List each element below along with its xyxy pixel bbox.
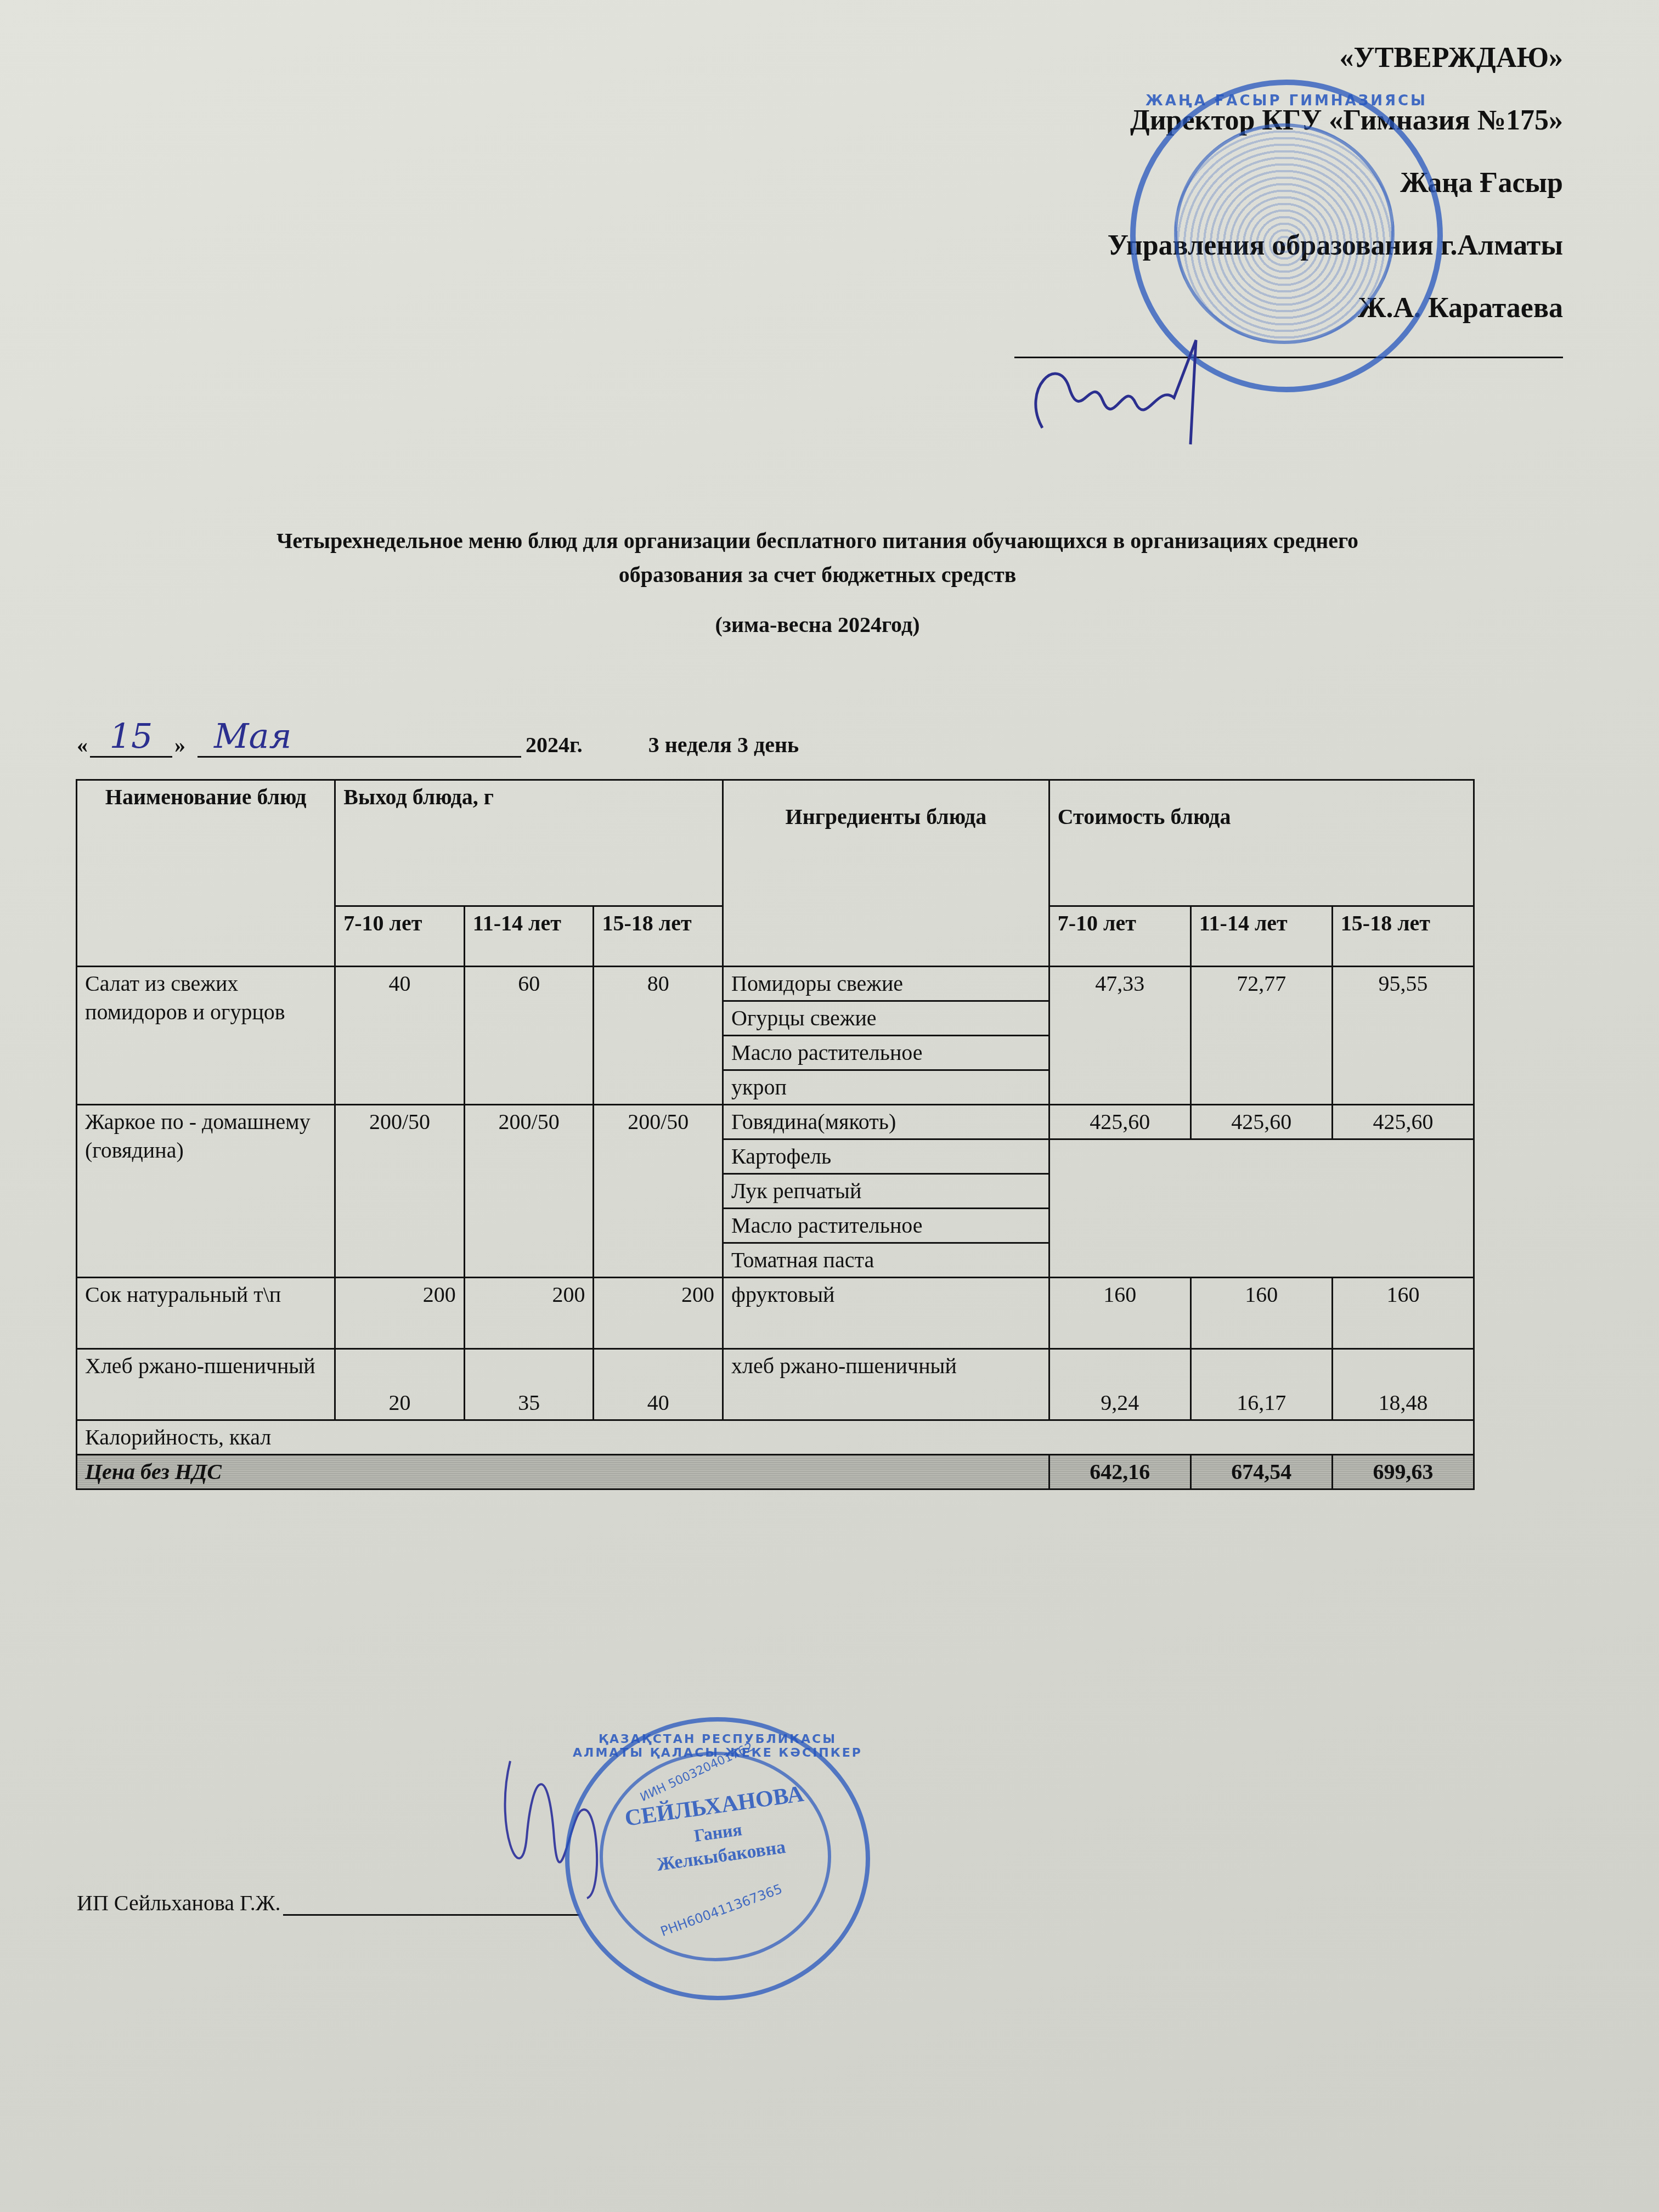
stamp-ring-text: ЖАҢА ҒАСЫР ГИМНАЗИЯСЫ xyxy=(1136,93,1437,109)
table-row: Хлеб ржано-пшеничный 20 35 40 хлеб ржано… xyxy=(77,1349,1474,1420)
dish-name: Салат из свежих помидоров и огурцов xyxy=(77,967,335,1105)
signatory-name: ИП Сейльханова Г.Ж. xyxy=(77,1890,281,1916)
week-day-label: 3 неделя 3 день xyxy=(648,732,799,758)
header-yield-age-15-18: 15-18 лет xyxy=(594,906,723,967)
empty-cost-cell xyxy=(1049,1139,1474,1278)
header-ingredients: Ингредиенты блюда xyxy=(723,780,1049,967)
cost-value: 95,55 xyxy=(1332,967,1474,1105)
header-yield-age-11-14: 11-14 лет xyxy=(464,906,594,967)
cost-value: 9,24 xyxy=(1049,1349,1190,1420)
yield-value: 60 xyxy=(464,967,594,1105)
ingredient: Помидоры свежие xyxy=(723,967,1049,1001)
ingredient: Масло растительное xyxy=(723,1036,1049,1070)
yield-value: 40 xyxy=(594,1349,723,1420)
ingredient: хлеб ржано-пшеничный xyxy=(723,1349,1049,1420)
table-row: Салат из свежих помидоров и огурцов 40 6… xyxy=(77,967,1474,1001)
quote-open: « xyxy=(77,732,88,758)
header-cost-age-15-18: 15-18 лет xyxy=(1332,906,1474,967)
yield-value: 40 xyxy=(335,967,465,1105)
menu-table: Наименование блюд Выход блюда, г Ингреди… xyxy=(76,779,1475,1490)
dish-name: Сок натуральный т\п xyxy=(77,1278,335,1349)
yield-value: 35 xyxy=(464,1349,594,1420)
document-page: «УТВЕРЖДАЮ» Директор КГУ «Гимназия №175»… xyxy=(0,0,1659,2212)
calories-label: Калорийность, ккал xyxy=(77,1420,1474,1455)
yield-value: 200/50 xyxy=(335,1105,465,1278)
price-total: 674,54 xyxy=(1190,1455,1332,1489)
header-cost: Стоимость блюда xyxy=(1049,780,1474,906)
yield-value: 200 xyxy=(594,1278,723,1349)
date-year: 2024г. xyxy=(526,732,583,758)
cost-value: 18,48 xyxy=(1332,1349,1474,1420)
yield-value: 200/50 xyxy=(464,1105,594,1278)
cost-value: 160 xyxy=(1332,1278,1474,1349)
ingredient: Томатная паста xyxy=(723,1243,1049,1278)
cost-value: 72,77 xyxy=(1190,967,1332,1105)
cost-value: 425,60 xyxy=(1190,1105,1332,1139)
price-row: Цена без НДС 642,16 674,54 699,63 xyxy=(77,1455,1474,1489)
entrepreneur-stamp: ҚАЗАҚСТАН РЕСПУБЛИКАСЫ АЛМАТЫ ҚАЛАСЫ ЖЕК… xyxy=(565,1717,870,2000)
header-dish-name: Наименование блюд xyxy=(77,780,335,967)
document-title: Четырехнедельное меню блюд для организац… xyxy=(71,524,1564,592)
header-yield: Выход блюда, г xyxy=(335,780,723,906)
header-cost-age-11-14: 11-14 лет xyxy=(1190,906,1332,967)
date-month-field[interactable]: Мая xyxy=(198,716,521,758)
date-line: « 15 » Мая 2024г. 3 неделя 3 день xyxy=(77,716,799,758)
header-yield-age-7-10: 7-10 лет xyxy=(335,906,465,967)
table-row: Сок натуральный т\п 200 200 200 фруктовы… xyxy=(77,1278,1474,1349)
ingredient: Лук репчатый xyxy=(723,1174,1049,1209)
cost-value: 425,60 xyxy=(1049,1105,1190,1139)
yield-value: 200 xyxy=(464,1278,594,1349)
price-label: Цена без НДС xyxy=(77,1455,1049,1489)
ingredient: укроп xyxy=(723,1070,1049,1105)
yield-value: 200 xyxy=(335,1278,465,1349)
ingredient: фруктовый xyxy=(723,1278,1049,1349)
ingredient: Говядина(мякоть) xyxy=(723,1105,1049,1139)
yield-value: 200/50 xyxy=(594,1105,723,1278)
yield-value: 20 xyxy=(335,1349,465,1420)
quote-close: » xyxy=(174,732,185,758)
header-cost-age-7-10: 7-10 лет xyxy=(1049,906,1190,967)
ingredient: Огурцы свежие xyxy=(723,1001,1049,1036)
cost-value: 47,33 xyxy=(1049,967,1190,1105)
table-header-row: Наименование блюд Выход блюда, г Ингреди… xyxy=(77,780,1474,906)
season-label: (зима-весна 2024год) xyxy=(71,612,1564,637)
ingredient: Картофель xyxy=(723,1139,1049,1174)
title-line-2: образования за счет бюджетных средств xyxy=(71,558,1564,592)
director-signature-icon xyxy=(1009,307,1240,450)
date-day-field[interactable]: 15 xyxy=(90,716,172,758)
table-row: Жаркое по - домашнему (говядина) 200/50 … xyxy=(77,1105,1474,1139)
calories-row: Калорийность, ккал xyxy=(77,1420,1474,1455)
cost-value: 160 xyxy=(1049,1278,1190,1349)
title-line-1: Четырехнедельное меню блюд для организац… xyxy=(71,524,1564,558)
yield-value: 80 xyxy=(594,967,723,1105)
cost-value: 425,60 xyxy=(1332,1105,1474,1139)
dish-name: Хлеб ржано-пшеничный xyxy=(77,1349,335,1420)
approval-heading: «УТВЕРЖДАЮ» xyxy=(1014,44,1563,72)
price-total: 699,63 xyxy=(1332,1455,1474,1489)
dish-name: Жаркое по - домашнему (говядина) xyxy=(77,1105,335,1278)
price-total: 642,16 xyxy=(1049,1455,1190,1489)
cost-value: 16,17 xyxy=(1190,1349,1332,1420)
cost-value: 160 xyxy=(1190,1278,1332,1349)
ingredient: Масло растительное xyxy=(723,1209,1049,1243)
